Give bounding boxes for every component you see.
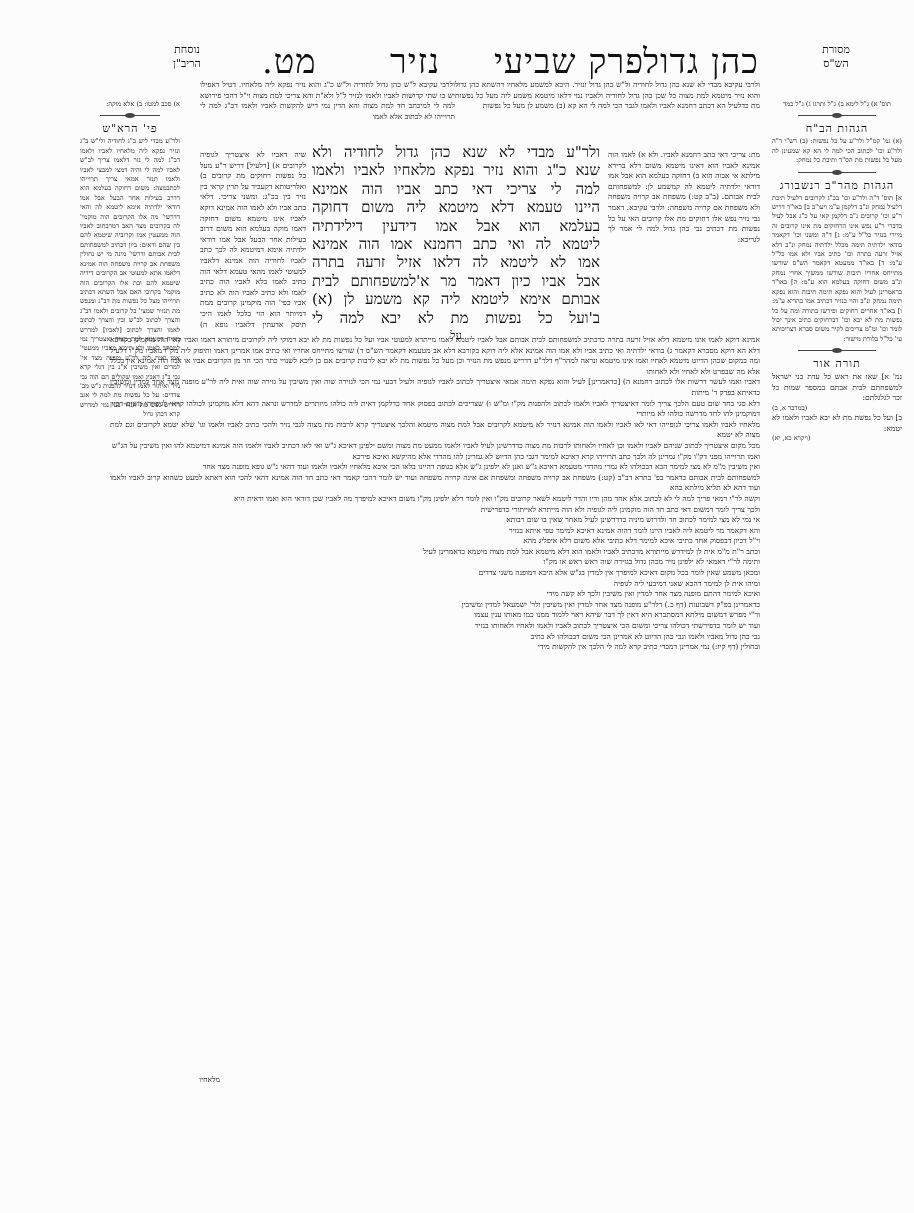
tosafot-paragraph: והא דקאמר מר ליטמא ליה לאביו היינו לומר …	[110, 526, 760, 537]
tosafot-paragraph: ומכאן משמע שאין לומר בכל מקום דאיכא למיפ…	[110, 568, 760, 579]
tractate-name: נזיר	[390, 42, 440, 82]
rashburg-notes: א] תוס' ד"ה ולר"ע וכו' בכ"ג לקרובים דלעי…	[772, 194, 902, 345]
gemara-line: אבותם אימא ליטמא ליה קא משמע לן (א)	[312, 290, 600, 308]
tosafot-paragraph: ובחולין (דף קיז:) נמי אמרינן דמכדי כתיב …	[110, 642, 760, 653]
rashi-column: מת: צריכי דאי כתב רחמנא לאביו. ולא א) לא…	[608, 150, 760, 328]
tosafot-paragraph: ועוד יש לומר כדפירשתי דכולהו צריכי ומשום…	[110, 621, 760, 632]
tosafot-paragraph: למשפחותם לבית אבותם כדאמר בפ' בתרא דב"ב …	[110, 473, 760, 494]
torah-or-verse-2: ב] ועל כל נפשת מת לא יבא לאביו ולאמו לא …	[772, 413, 902, 434]
torah-or-ref-1: (במדבר א, ב)	[772, 404, 902, 413]
right-margin: תוס' א) ג"ל לימא ב) ג"ל ותרגו ג) ג"ל כמד…	[772, 100, 902, 800]
tosafot-column-text: שיה דאביו לא איצטריך לגופיה לקרובים א) […	[200, 150, 306, 330]
mesoret-label: מסורת הש"ס	[806, 43, 866, 71]
mesoret-refs: תוס' א) ג"ל לימא ב) ג"ל ותרגו ג) ג"ל כמד	[772, 100, 902, 109]
gemara-line: היינו טעמא דלא מיטמא ליה משום דחוקה	[312, 198, 600, 216]
gemara-line: ב'ועל כל נפשות מת לא יבא למה לי	[312, 309, 600, 327]
riban-label: נוסחת הריב"ן	[162, 43, 212, 71]
rosh-title: פי' הרא"ש	[80, 122, 180, 135]
riban-label-line2: הריב"ן	[162, 57, 212, 71]
tosafot-continuation: אמינא דוקא לאמו אינו מיטמא דלא אזיל זרעה…	[110, 335, 760, 1075]
tosafot-paragraph: דאביו ואמו לעשר דרשות אלו לכתוב רחמנא ה)…	[110, 377, 760, 398]
rashi-intro-text: ולרבי עקיבא מבדי לא שנא כהן גדול לחודיה …	[455, 80, 760, 110]
mesoret-label-line1: מסורת	[806, 43, 866, 57]
bach-notes: (א) גמ' קמ"ל ולר"ע על כל נפשות: (ב) רש"י…	[772, 137, 902, 165]
tosafot-paragraph: ואין משיבין מ"מ לא מצי למימר הכא דבכולהו…	[110, 462, 760, 473]
page-catchword: מלאחיו	[160, 1075, 220, 1086]
tosafot-intro-text: ולרבי עקיבא ל"ש כהן גדול לחודיה ול"ש כ"ג…	[200, 80, 455, 121]
tosafot-paragraph: מלאחיו לאביו ולאמו צריכי לגופייהו דאי לא…	[110, 420, 760, 441]
torah-or-verse-1: גמ' א] שאו את ראש כל עדת בני ישראל למשפח…	[772, 372, 902, 404]
tosafot-paragraph: וקשה לר"י דמאי פריך למה לי לא לכתוב אלא …	[110, 494, 760, 505]
tosafot-paragraph: ור"י מפרש דמשום מילתא דמסתברא היא דאין ל…	[110, 610, 760, 621]
gemara-line: אבל אביו כיון דאמר מר א'למשפחותם לבית	[312, 272, 600, 290]
chapter-name: כהן גדול	[626, 42, 776, 82]
gemara-line: ליטמא לה ואי כתב רחמנא אמו הוה אמינא	[312, 235, 600, 253]
gemara-line: בעלמא הוא אבל אמו דידעין דילידתיה	[312, 217, 600, 235]
rashi-column-text: מת: צריכי דאי כתב רחמנא לאביו. ולא א) לא…	[608, 150, 760, 244]
torah-or-ref-2: (ויקרא כא, יא)	[772, 434, 902, 443]
rashi-intro: ולרבי עקיבא מבדי לא שנא כהן גדול לחודיה …	[455, 80, 760, 150]
tosafot-paragraph: ואמו תרוייהו מפני דק"ו מק"ו גמרינן לה ול…	[110, 452, 760, 463]
gemara-block: ולר"ע מבדי לא שנא כהן גדול לחודיה ולא שנ…	[312, 143, 600, 353]
tosafot-column: שיה דאביו לא איצטריך לגופיה לקרובים א) […	[200, 150, 306, 330]
gemara-line: למה לי צריכי דאי כתב אביו הוה אמינא	[312, 180, 600, 198]
tosafot-paragraph: וי"ל דכיון דבפסוק אחד כתיבי איכא למימר ד…	[110, 536, 760, 547]
tosafot-paragraph: אי נמי לא מצי למימר לכתוב חד ולדרוש מיני…	[110, 515, 760, 526]
tosafot-intro: ולרבי עקיבא ל"ש כהן גדול לחודיה ול"ש כ"ג…	[200, 80, 455, 150]
tosafot-paragraph: ולכך צריך לומר דמשום דאי כתב חד הוה מוקמ…	[110, 505, 760, 516]
folio-number: מט.	[262, 42, 317, 82]
gemara-line: אמו לא ליטמא לה דלאו אזיל זרעה בתרה	[312, 253, 600, 271]
ornament-divider	[798, 115, 876, 116]
tosafot-paragraph: מכל מקום איצטריך לכתוב שניהם לאביו ולאמו…	[110, 441, 760, 452]
tosafot-paragraph: גבי כהן גדול מאביו ולאמו וגבי כהן הדיוט …	[110, 632, 760, 643]
tosafot-paragraph: ותימה לר"י דאמאי לא ילפינן נזיר מכהן גדו…	[110, 557, 760, 568]
tosafot-paragraph: דלא סגי בחד שום טעם הלכך צריך לומר דאיצט…	[110, 399, 760, 420]
riban-note: א) סכב למטו: ב) אלא מוקה:	[80, 100, 180, 109]
ornament-divider	[798, 350, 876, 351]
rashburg-title: הגהות מהר"ב רנשבורג	[772, 179, 902, 192]
tosafot-paragraph: כדאמרינן בפ"ק דשבועות (דף כ.) דלר"ע מופנ…	[110, 600, 760, 611]
ornament-divider	[798, 172, 876, 173]
gemara-line: ולר"ע מבדי לא שנא כהן גדול לחודיה ולא	[312, 143, 600, 161]
riban-label-line1: נוסחת	[162, 43, 212, 57]
ornament-divider	[100, 115, 160, 116]
tosafot-paragraph: ואיכא למימר דהתם מופנה מצד אחד למדין ואי…	[110, 589, 760, 600]
tosafot-paragraph: אמינא דוקא לאמו אינו מיטמא דלא אזיל זרעה…	[110, 335, 760, 377]
tosafot-paragraph: וכתב ר"ת מ"מ אית לן למידרש מייתורא מדכתי…	[110, 547, 760, 558]
tosafot-paragraph: ומיהו אית לן למימר דהכא שאני דמיבעי ליה …	[110, 579, 760, 590]
gemara-line: שנא כ"ג והוא נזיר נפקא מלאחיו לאביו ולאמ…	[312, 161, 600, 179]
bach-title: הגהות הב"ח	[772, 122, 902, 135]
mesoret-label-line2: הש"ס	[806, 57, 866, 71]
torah-or-title: תורה אור	[772, 357, 902, 370]
